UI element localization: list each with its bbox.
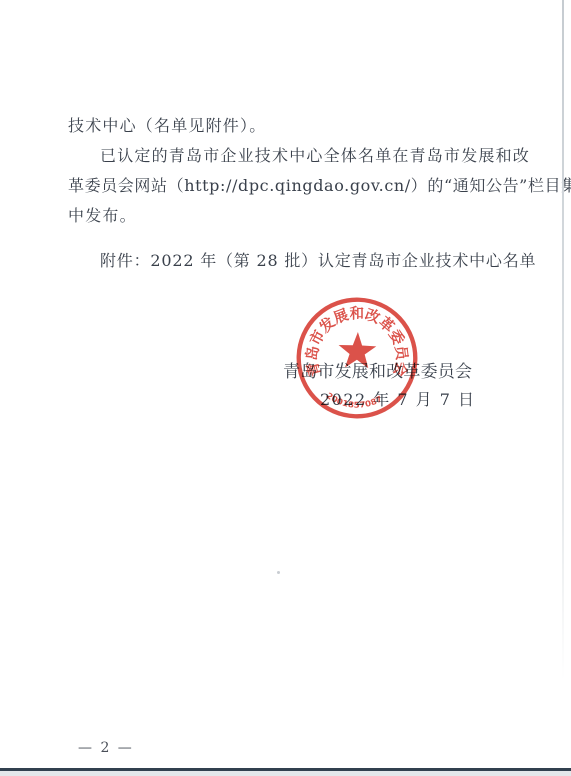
seal-star-icon [338,331,377,368]
scan-speck [277,571,280,574]
body-line-2: 已认定的青岛市企业技术中心全体名单在青岛市发展和改 [100,143,530,166]
official-seal-stamp: 青岛市发展和改革委员会 2001857087 [293,294,421,422]
scan-paper-edge-right [562,0,564,680]
attachment-line: 附件：2022 年（第 28 批）认定青岛市企业技术中心名单 [100,248,536,271]
page-number: — 2 — [78,740,134,756]
body-line-4: 中发布。 [68,203,137,226]
body-line-1: 技术中心（名单见附件）。 [68,113,266,136]
seal-serial-number: 2001857087 [324,391,384,411]
scanned-document-page: 技术中心（名单见附件）。 已认定的青岛市企业技术中心全体名单在青岛市发展和改 革… [0,0,571,776]
scan-paper-edge-bottom-fill [0,771,571,776]
body-line-3: 革委员会网站（http://dpc.qingdao.gov.cn/）的“通知公告… [68,173,571,196]
scan-paper-edge-bottom [0,768,571,771]
